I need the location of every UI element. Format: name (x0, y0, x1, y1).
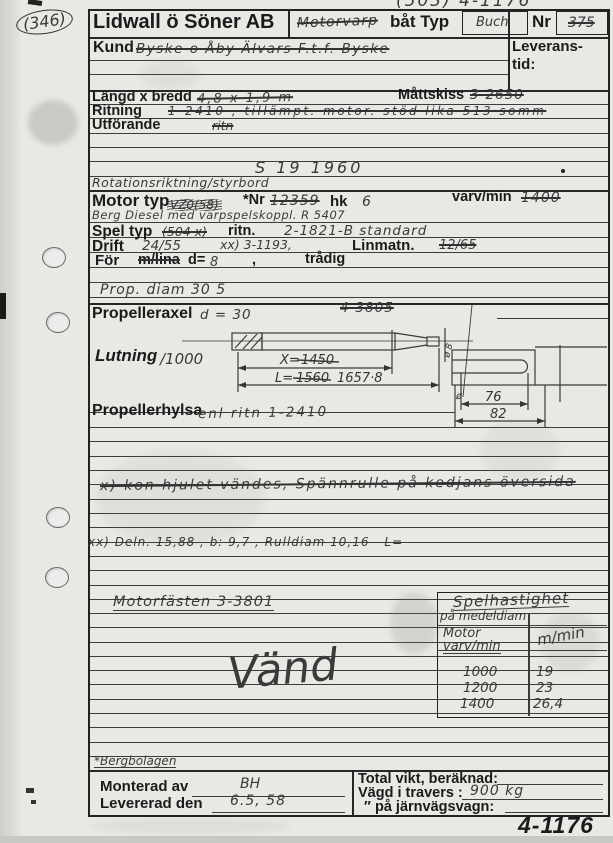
speed-table-divider (528, 613, 530, 716)
dim-l-value-old: 1560 (296, 371, 329, 386)
speed-row-speed: 26,4 (533, 698, 563, 712)
dia-mark: ø (455, 391, 463, 402)
dim-76: 76 (485, 390, 502, 405)
motor-sub-note: Berg Diesel med varpspelskoppl. R 5407 (92, 210, 345, 222)
kund-label: Kund (93, 40, 134, 56)
scan-smudge (90, 818, 290, 834)
punch-hole (42, 247, 66, 268)
nr-value: 375 (568, 16, 595, 30)
speed-row-speed: 19 (536, 666, 553, 680)
tradig-label: trådig (305, 252, 345, 267)
dim-l-value-new: 1657·8 (337, 371, 383, 386)
monterad-value: BH (240, 777, 260, 791)
mlina-label: m/lina (138, 253, 180, 268)
footer-divider (352, 770, 354, 815)
company-name: Lidwall ö Söner AB (93, 12, 275, 32)
linmatn-value: 12/65 (439, 239, 476, 252)
vand-note: Vänd (226, 643, 339, 696)
dim-l-label: L= (275, 371, 293, 386)
speed-table-subtitle: på medeldiam (440, 610, 526, 622)
d-value: 8 (210, 256, 218, 269)
mattskiss-value: 3-2650 (470, 89, 524, 103)
levererad-value: 6.5, 58 (230, 794, 286, 808)
scan-mark (26, 788, 34, 793)
scan-mark (31, 800, 36, 804)
scan-mark (28, 0, 43, 6)
shaft-technical-drawing: X= 1450 L= 1560 1657·8 ø 8 ø 76 82 (177, 300, 610, 445)
dim-tip-dia: ø 8 (442, 342, 456, 359)
comma-mark: , (252, 253, 256, 268)
varv-label: varv/min (452, 190, 512, 205)
note-x: x) kon hjulet vändes, Spännrulle på kedj… (100, 475, 576, 493)
propellerhylsa-label: Propellerhylsa (92, 403, 202, 419)
speed-row-rpm: 1400 (460, 698, 494, 712)
speed-row-rpm: 1200 (463, 682, 497, 696)
leverans-label-1: Leverans- (512, 39, 583, 54)
kund-value: Byske o Åby Älvars F.t.f. Byske (136, 43, 389, 57)
scanned-form-page: (346) (503) 4-1176 Lidwall ö Söner AB Mo… (0, 0, 613, 843)
punch-hole (46, 312, 70, 333)
corner-note: (346) (15, 6, 75, 38)
punch-hole (45, 567, 69, 588)
ink-dot (561, 169, 565, 173)
scan-mark (0, 293, 6, 319)
utforande-value: ritn (212, 120, 233, 133)
typ-value: Buch (476, 16, 509, 29)
hk-label: hk (330, 194, 348, 209)
dim-x-value: 1450 (301, 353, 334, 368)
dim-82: 82 (490, 407, 507, 422)
punch-hole (46, 507, 70, 528)
boat-prefix-handwritten: Motorvarp (297, 14, 378, 31)
jarnvag-label: ″ på järnvägsvagn: (364, 800, 494, 815)
speed-row-rpm: 1000 (463, 666, 497, 680)
propellerhylsa-value: enl ritn 1-2410 (198, 406, 328, 422)
scan-left-edge (0, 0, 20, 843)
motor-nr-label: *Nr (243, 193, 265, 208)
motor-nr-value: 12359 (270, 194, 320, 208)
top-right-note: (503) 4-1176 (396, 0, 531, 10)
motor-typ-label: Motor typ (92, 192, 169, 209)
ritning-value: 1-2410 , tillämpt. motor. stöd lika 513 … (168, 105, 546, 117)
bergbolagen-note: *Bergbolagen (94, 755, 176, 768)
form-number: 4-1176 (518, 814, 594, 837)
dim-x-label: X= (279, 353, 300, 368)
levererad-label: Levererad den (100, 796, 203, 811)
spel-typ-value: (504 x) (162, 226, 207, 239)
varv-value: 1400 (521, 191, 561, 205)
mattskiss-label: Måttskiss (398, 88, 464, 103)
hk-value: 6 (362, 195, 371, 209)
serie-note: S 19 1960 (255, 160, 363, 176)
scan-smudge (28, 100, 78, 145)
monterad-label: Monterad av (100, 779, 188, 794)
rotation-note: Rotationsriktning/styrbord (92, 177, 269, 190)
speed-row-speed: 23 (536, 682, 553, 696)
linmatn-label: Linmatn. (352, 238, 415, 253)
vagd-value: 900 kg (470, 784, 524, 798)
lutning-label: Lutning (95, 347, 157, 364)
note-xx: xx) Deln. 15,88 , b: 9,7 , Rulldiam 10,1… (88, 536, 403, 548)
utforande-label: Utförande (92, 118, 160, 133)
motorfasten-note: Motorfästen 3-3801 (113, 595, 274, 611)
nr-label: Nr (532, 13, 551, 30)
drift-note: xx) 3-1193, (220, 239, 292, 252)
leverans-label-2: tid: (512, 57, 535, 72)
prop-diam-note: Prop. diam 30 5 (100, 283, 226, 297)
speed-col-motor-2: varv/min (443, 640, 501, 654)
boat-typ-label: båt Typ (390, 13, 449, 30)
for-label: För (95, 253, 119, 268)
header-divider (288, 9, 290, 37)
d-label: d= (188, 253, 205, 268)
